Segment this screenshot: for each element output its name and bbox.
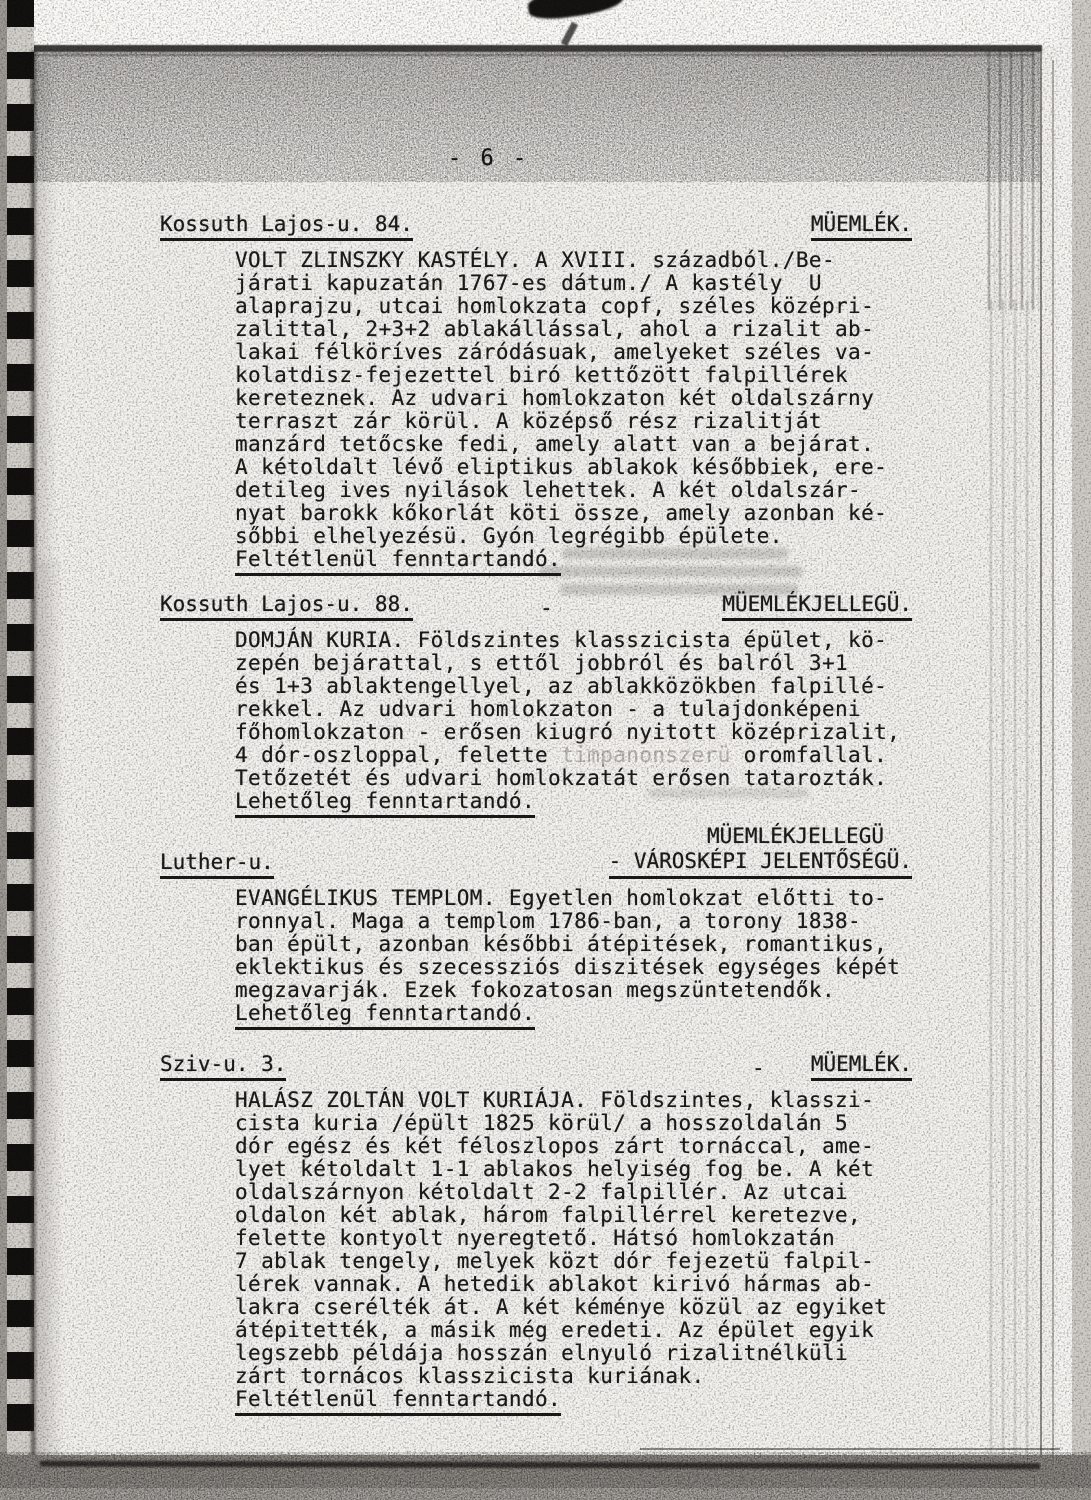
scan-bottom-corner-line (640, 1448, 1060, 1450)
section-heading-row: Kossuth Lajos-u. 88. - MÜEMLÉKJELLEGÜ. (160, 592, 912, 621)
section-heading-row: Luther-u. MÜEMLÉKJELLEGÜ - VÁROSKÉPI JEL… (160, 824, 912, 879)
closing-text: Lehetőleg fenntartandó. (235, 1002, 535, 1030)
scan-top-edge-line-echo (30, 54, 1035, 56)
scanned-document-page: - 6 - Kossuth Lajos-u. 84. MÜEMLÉK. VOLT… (0, 0, 1091, 1500)
page-number: - 6 - (448, 146, 529, 171)
section-designation: MÜEMLÉK. (811, 1052, 912, 1081)
section-heading-row: Sziv-u. 3. - MÜEMLÉK. (160, 1052, 912, 1081)
section-address: Kossuth Lajos-u. 84. (160, 212, 413, 241)
section-closing: Feltétlenül fenntartandó. (235, 1388, 912, 1416)
section-address: Kossuth Lajos-u. 88. (160, 592, 413, 621)
scan-top-edge-line (26, 45, 1042, 52)
closing-text: Lehetőleg fenntartandó. (235, 790, 535, 818)
section-designation: MÜEMLÉKJELLEGÜ. (722, 592, 912, 621)
faded-ink-patch (556, 744, 742, 766)
heading-dash: - (540, 596, 553, 620)
comb-binding-strip (7, 0, 34, 1500)
section-address: Luther-u. (160, 850, 274, 879)
section-kossuth-84: Kossuth Lajos-u. 84. MÜEMLÉK. VOLT ZLINS… (160, 212, 912, 576)
section-designation: MÜEMLÉK. (811, 212, 912, 241)
left-edge-smear-top (36, 60, 62, 560)
heading-dash: - (752, 1056, 765, 1080)
section-closing: Lehetőleg fenntartandó. (235, 1002, 912, 1030)
section-heading-row: Kossuth Lajos-u. 84. MÜEMLÉK. (160, 212, 912, 241)
scan-left-outer-edge (0, 0, 7, 1500)
section-luther: Luther-u. MÜEMLÉKJELLEGÜ - VÁROSKÉPI JEL… (160, 824, 912, 1030)
section-sziv-3: Sziv-u. 3. - MÜEMLÉK. HALÁSZ ZOLTÁN VOLT… (160, 1052, 912, 1416)
section-closing: Lehetőleg fenntartandó. (235, 790, 912, 818)
right-edge-streaks-top (988, 50, 1040, 310)
right-page-edge-line (1040, 52, 1042, 1472)
closing-text: Feltétlenül fenntartandó. (235, 1388, 561, 1416)
section-kossuth-88: Kossuth Lajos-u. 88. - MÜEMLÉKJELLEGÜ. D… (160, 592, 912, 818)
left-edge-smear (36, 560, 70, 1460)
right-page-edge-line-2 (1052, 60, 1054, 1465)
right-margin-gap (1058, 0, 1072, 1500)
section-body: VOLT ZLINSZKY KASTÉLY. A XVIII. századbó… (235, 249, 912, 548)
section-body: EVANGÉLIKUS TEMPLOM. Egyetlen homlokzat … (235, 887, 912, 1002)
scan-bottom-band-light (0, 1488, 1091, 1500)
closing-text: Feltétlenül fenntartandó. (235, 548, 561, 576)
section-designation-line1: MÜEMLÉKJELLEGÜ (707, 824, 884, 849)
section-closing: Feltétlenül fenntartandó. (235, 548, 912, 576)
section-designation-stack: MÜEMLÉKJELLEGÜ - VÁROSKÉPI JELENTŐSÉGÜ. (609, 824, 912, 879)
scan-right-outer-edge (1072, 0, 1091, 1500)
section-body: HALÁSZ ZOLTÁN VOLT KURIÁJA. Földszintes,… (235, 1089, 912, 1388)
scan-grain-band (30, 52, 1040, 172)
section-designation-line2: - VÁROSKÉPI JELENTŐSÉGÜ. (609, 849, 912, 879)
section-address: Sziv-u. 3. (160, 1052, 286, 1081)
right-edge-streaks (990, 300, 1038, 1465)
